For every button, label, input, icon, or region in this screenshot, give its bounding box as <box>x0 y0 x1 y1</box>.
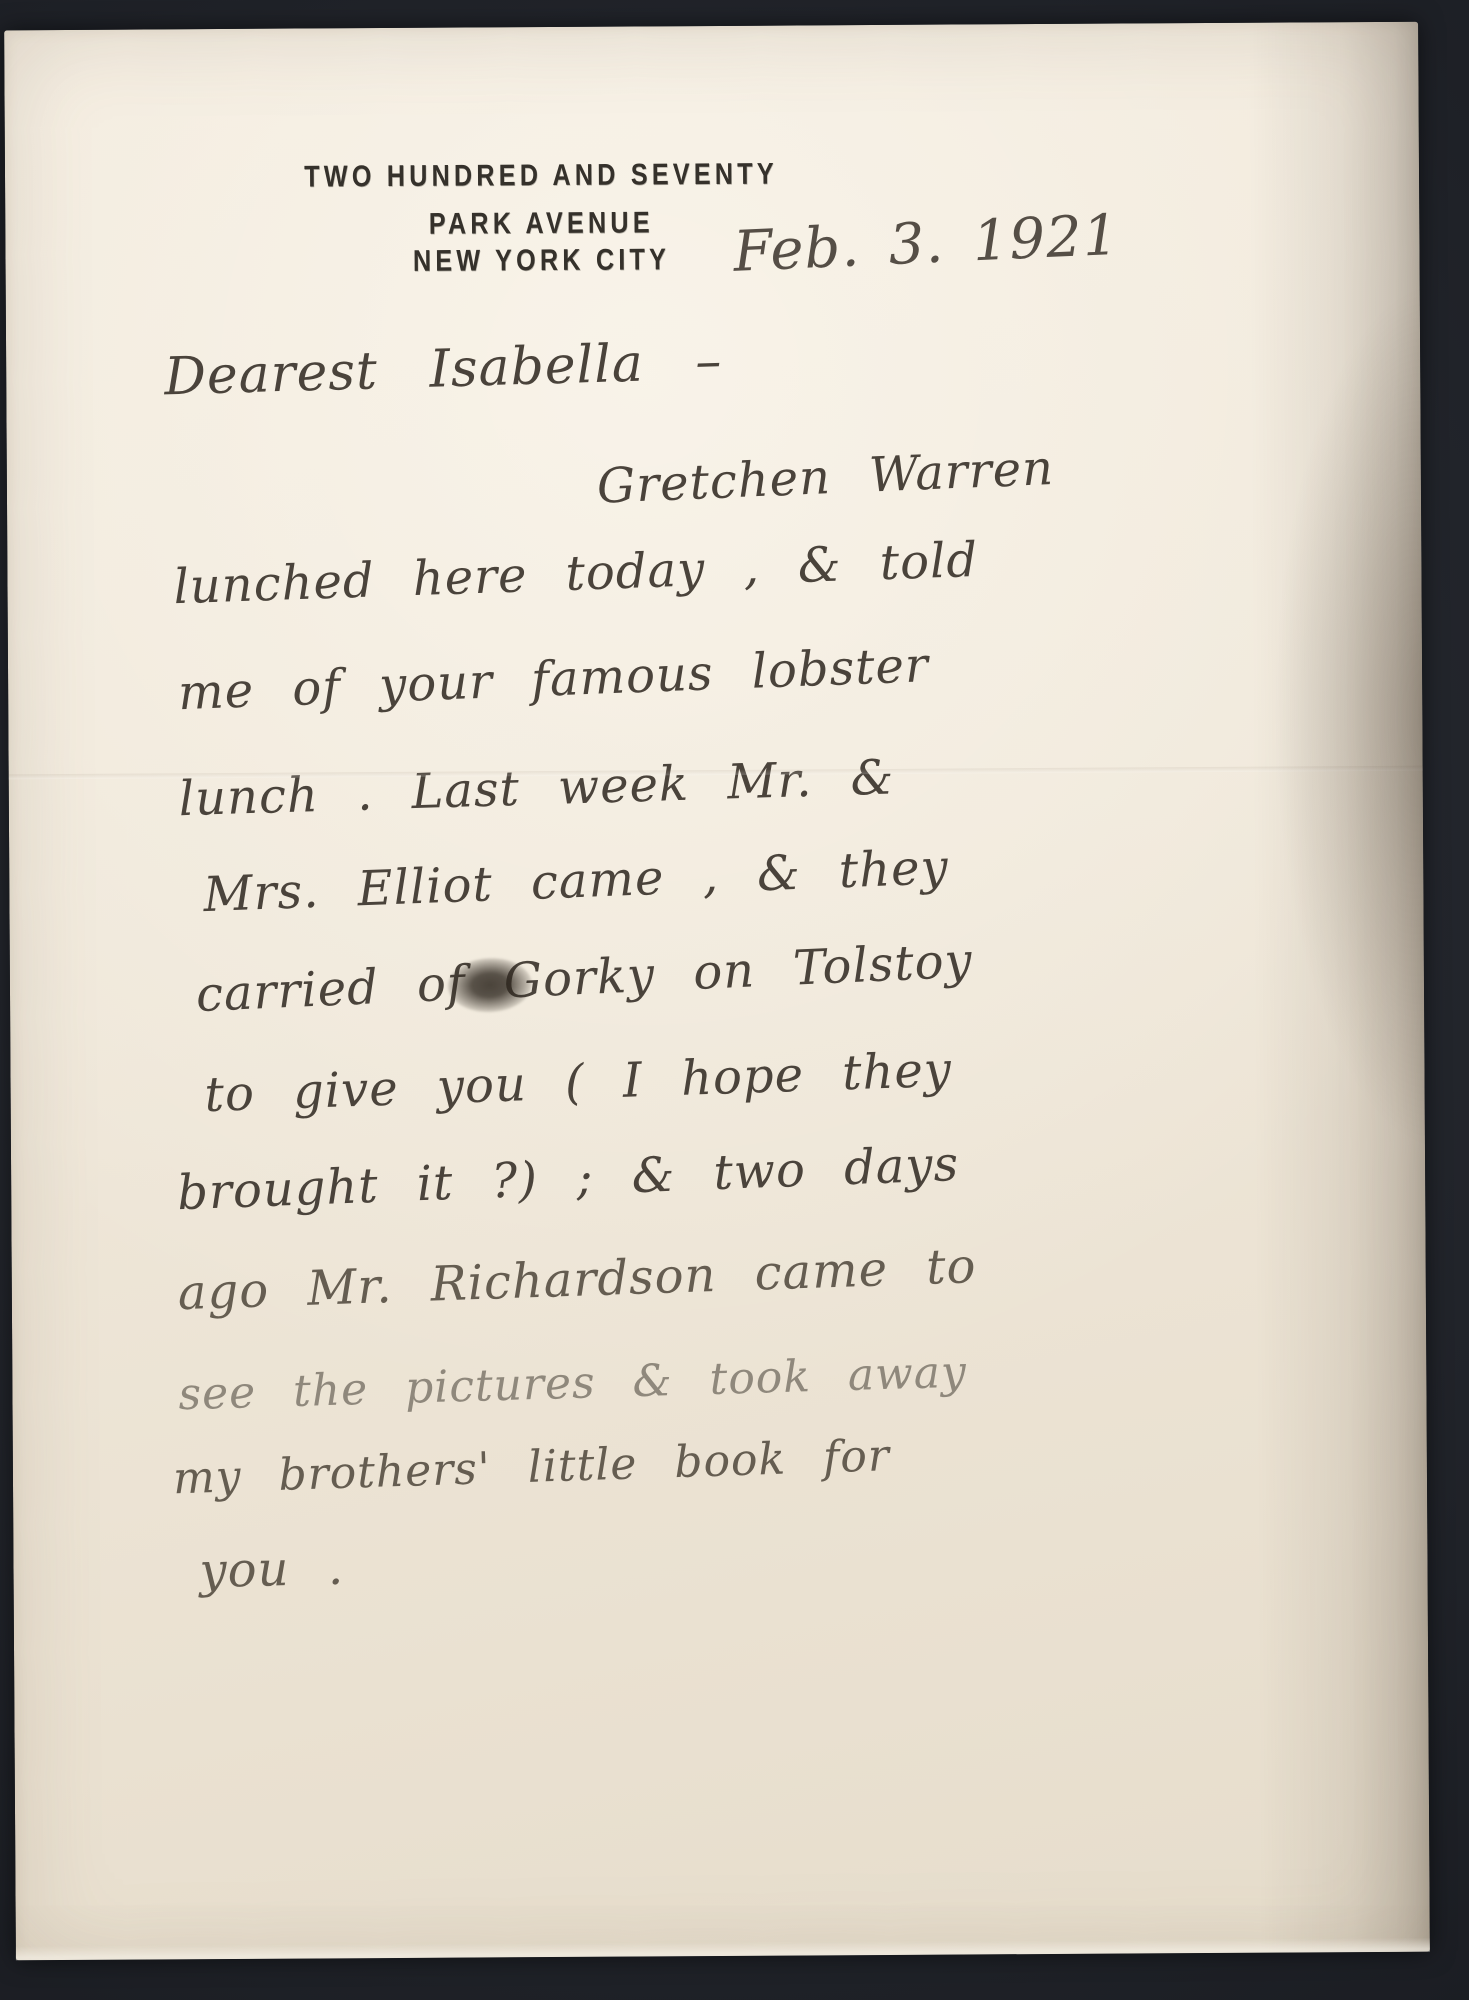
letter-paper: TWO HUNDRED AND SEVENTY PARK AVENUE NEW … <box>4 22 1430 1961</box>
letterhead-street-number: TWO HUNDRED AND SEVENTY <box>213 159 868 193</box>
handwriting-line: Mrs. Elliot came , & they <box>202 839 949 923</box>
handwriting-line: you . <box>199 1540 345 1599</box>
handwriting-line: brought it ?) ; & two days <box>176 1136 960 1221</box>
handwriting-line: lunch . Last week Mr. & <box>178 749 895 827</box>
handwriting-line: me of your famous lobster <box>177 637 930 721</box>
handwriting-line: Gretchen Warren <box>596 440 1055 515</box>
handwriting-line: to give you ( I hope they <box>204 1042 953 1123</box>
handwriting-line-text: carried of Gorky on Tolstoy <box>195 933 974 1024</box>
handwriting-line: my brothers' little book for <box>172 1430 890 1504</box>
handwriting-line: see the pictures & took away <box>178 1347 968 1421</box>
paper-edge-shadow <box>1248 22 1430 1953</box>
photo-background: TWO HUNDRED AND SEVENTY PARK AVENUE NEW … <box>0 0 1469 2000</box>
handwriting-line: carried of Gorky on Tolstoy <box>195 933 974 1024</box>
paper-bottom-edge <box>16 1938 1430 1961</box>
handwriting-line: lunched here today , & told <box>173 532 979 615</box>
salutation-line: Dearest Isabella – <box>163 331 723 407</box>
handwriting-line: ago Mr. Richardson came to <box>177 1238 977 1321</box>
